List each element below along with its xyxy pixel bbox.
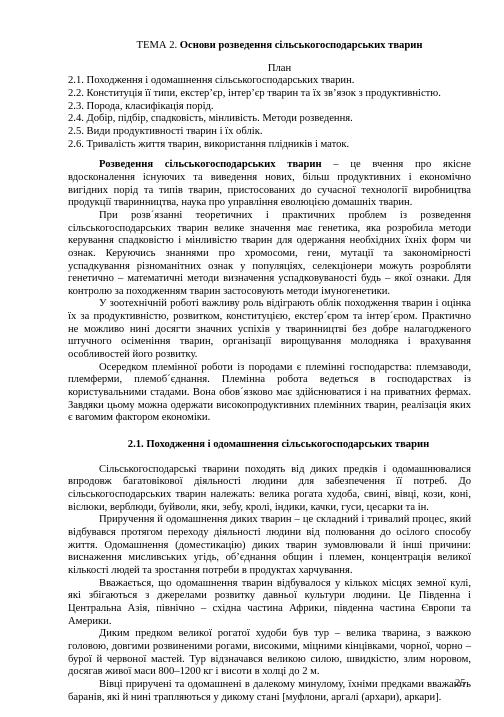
section-paragraph: Вважається, що одомашнення тварин відбув… [68, 578, 471, 629]
title-text: Основи розведення сільськогосподарських … [180, 40, 423, 51]
section-paragraph: Диким предком великої рогатої худоби був… [68, 628, 471, 679]
section-heading: 2.1. Походження і одомашнення сільського… [68, 439, 471, 452]
section-paragraph: Вівці приручені та одомашнені в далекому… [68, 679, 471, 704]
plan-item: 2.3. Порода, класифікація порід. [68, 101, 471, 114]
intro-paragraph-genetics: При розв´язанні теоретичних і практичних… [68, 210, 471, 299]
plan-list: 2.1. Походження і одомашнення сільського… [68, 75, 471, 151]
page-number: 25 [455, 678, 466, 689]
plan-item: 2.1. Походження і одомашнення сільського… [68, 75, 471, 88]
section-paragraph: Приручення й одомашнення диких тварин – … [68, 514, 471, 577]
intro-paragraph-zootechnics: У зоотехнічній роботі важливу роль відіг… [68, 298, 471, 361]
document-page: ТЕМА 2. Основи розведення сільськогоспод… [68, 40, 471, 704]
intro-paragraph-breeding-farms: Осередком племінної роботи із породами є… [68, 362, 471, 425]
title-prefix: ТЕМА 2. [137, 40, 180, 51]
plan-item: 2.6. Тривалість життя тварин, використан… [68, 139, 471, 152]
intro-paragraph-definition: Розведення сільськогосподарських тварин … [68, 159, 471, 210]
plan-item: 2.2. Конституція її типи, екстер’єр, інт… [68, 88, 471, 101]
plan-heading: План [68, 63, 471, 76]
section-paragraph: Сільськогосподарські тварини походять ві… [68, 464, 471, 515]
page-title: ТЕМА 2. Основи розведення сільськогоспод… [68, 40, 471, 53]
plan-item: 2.4. Добір, підбір, спадковість, мінливі… [68, 113, 471, 126]
plan-item: 2.5. Види продуктивності тварин і їх обл… [68, 126, 471, 139]
definition-term: Розведення сільськогосподарських тварин [99, 159, 322, 170]
